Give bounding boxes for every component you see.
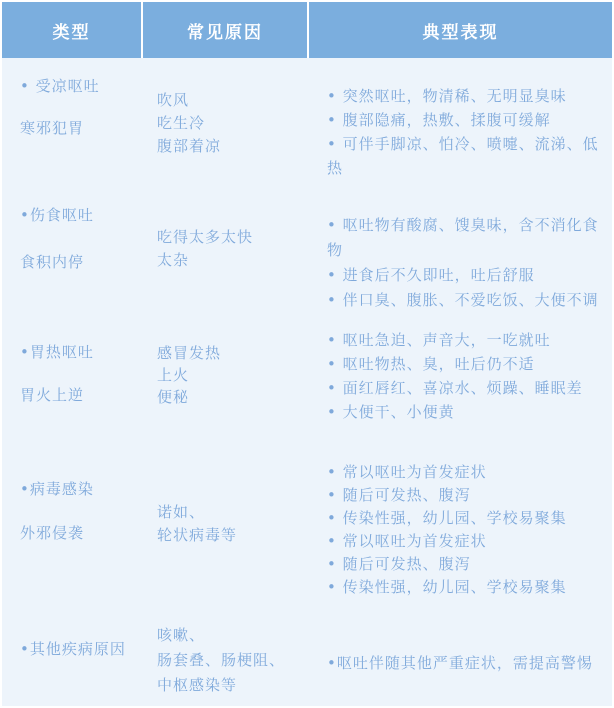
type-line: •其他疾病原因 bbox=[20, 641, 141, 657]
type-line: 外邪侵袭 bbox=[20, 525, 141, 541]
header-cell-type: 类型 bbox=[2, 2, 141, 58]
cause-line: 吃生冷 bbox=[157, 112, 307, 135]
type-cell: •胃热呕吐 胃火上逆 bbox=[2, 310, 141, 440]
cause-cell: 吃得太多太快 太杂 bbox=[141, 180, 307, 310]
type-line: •胃热呕吐 bbox=[20, 344, 141, 360]
symptom-cell: •呕吐伴随其他严重症状，需提高警惕 bbox=[307, 600, 612, 706]
symptom-line: • 传染性强，幼儿园、学校易聚集 bbox=[327, 576, 612, 599]
cause-line: 肠套叠、肠梗阻、 bbox=[157, 648, 307, 673]
type-line: 寒邪犯胃 bbox=[20, 120, 141, 136]
cause-line: 咳嗽、 bbox=[157, 623, 307, 648]
cause-line: 便秘 bbox=[157, 386, 307, 408]
symptom-cell: • 突然呕吐，物清稀、无明显臭味 • 腹部隐痛，热敷、揉腹可缓解 • 可伴手脚凉… bbox=[307, 58, 612, 180]
cause-line: 腹部着凉 bbox=[157, 135, 307, 158]
type-line: •伤食呕吐 bbox=[20, 207, 141, 223]
cause-line: 诺如、 bbox=[157, 501, 307, 524]
symptom-line: • 可伴手脚凉、怕冷、喷嚏、流涕、低热 bbox=[327, 132, 612, 180]
table-header-row: 类型 常见原因 典型表现 bbox=[2, 2, 612, 58]
cause-cell: 诺如、 轮状病毒等 bbox=[141, 440, 307, 600]
type-line: 食积内停 bbox=[20, 254, 141, 270]
symptom-line: • 突然呕吐，物清稀、无明显臭味 bbox=[327, 84, 612, 108]
cause-line: 中枢感染等 bbox=[157, 673, 307, 698]
cause-cell: 吹风 吃生冷 腹部着凉 bbox=[141, 58, 307, 180]
type-cell: •其他疾病原因 bbox=[2, 600, 141, 706]
cause-cell: 咳嗽、 肠套叠、肠梗阻、 中枢感染等 bbox=[141, 600, 307, 706]
cause-line: 感冒发热 bbox=[157, 342, 307, 364]
symptom-line: • 大便干、小便黄 bbox=[327, 400, 612, 424]
type-line: • 受凉呕吐 bbox=[20, 78, 141, 94]
cause-line: 上火 bbox=[157, 364, 307, 386]
symptom-line: • 随后可发热、腹泻 bbox=[327, 484, 612, 507]
table-body: • 受凉呕吐 寒邪犯胃 吹风 吃生冷 腹部着凉 • 突然呕吐，物清稀、无明显臭味… bbox=[2, 58, 612, 706]
symptom-line: • 呕吐物有酸腐、馊臭味，含不消化食物 bbox=[327, 213, 612, 263]
type-line: •病毒感染 bbox=[20, 481, 141, 497]
symptom-line: • 常以呕吐为首发症状 bbox=[327, 461, 612, 484]
cause-line: 吃得太多太快 bbox=[157, 226, 307, 249]
header-cell-symptom: 典型表现 bbox=[309, 2, 612, 58]
type-cell: • 受凉呕吐 寒邪犯胃 bbox=[2, 58, 141, 180]
symptom-line: • 呕吐物热、臭，吐后仍不适 bbox=[327, 352, 612, 376]
table-row: •伤食呕吐 食积内停 吃得太多太快 太杂 • 呕吐物有酸腐、馊臭味，含不消化食物… bbox=[2, 180, 612, 310]
symptom-line: • 进食后不久即吐，吐后舒服 bbox=[327, 263, 612, 288]
type-line: 胃火上逆 bbox=[20, 387, 141, 403]
symptom-line: •呕吐伴随其他严重症状，需提高警惕 bbox=[327, 652, 612, 673]
cause-line: 太杂 bbox=[157, 249, 307, 272]
table-row: •其他疾病原因 咳嗽、 肠套叠、肠梗阻、 中枢感染等 •呕吐伴随其他严重症状，需… bbox=[2, 600, 612, 706]
table-row: • 受凉呕吐 寒邪犯胃 吹风 吃生冷 腹部着凉 • 突然呕吐，物清稀、无明显臭味… bbox=[2, 58, 612, 180]
table-row: •胃热呕吐 胃火上逆 感冒发热 上火 便秘 • 呕吐急迫、声音大，一吃就吐 • … bbox=[2, 310, 612, 440]
type-cell: •病毒感染 外邪侵袭 bbox=[2, 440, 141, 600]
symptom-cell: • 常以呕吐为首发症状 • 随后可发热、腹泻 • 传染性强，幼儿园、学校易聚集 … bbox=[307, 440, 612, 600]
type-cell: •伤食呕吐 食积内停 bbox=[2, 180, 141, 310]
symptom-cell: • 呕吐物有酸腐、馊臭味，含不消化食物 • 进食后不久即吐，吐后舒服 • 伴口臭… bbox=[307, 180, 612, 310]
symptom-line: • 面红唇红、喜凉水、烦躁、睡眠差 bbox=[327, 376, 612, 400]
cause-cell: 感冒发热 上火 便秘 bbox=[141, 310, 307, 440]
symptom-line: • 随后可发热、腹泻 bbox=[327, 553, 612, 576]
symptom-line: • 常以呕吐为首发症状 bbox=[327, 530, 612, 553]
vomiting-types-table: 类型 常见原因 典型表现 • 受凉呕吐 寒邪犯胃 吹风 吃生冷 腹部着凉 • 突… bbox=[0, 0, 614, 708]
cause-line: 吹风 bbox=[157, 89, 307, 112]
symptom-line: • 腹部隐痛，热敷、揉腹可缓解 bbox=[327, 108, 612, 132]
symptom-line: • 传染性强，幼儿园、学校易聚集 bbox=[327, 507, 612, 530]
header-cell-cause: 常见原因 bbox=[143, 2, 307, 58]
table-row: •病毒感染 外邪侵袭 诺如、 轮状病毒等 • 常以呕吐为首发症状 • 随后可发热… bbox=[2, 440, 612, 600]
symptom-line: • 呕吐急迫、声音大，一吃就吐 bbox=[327, 328, 612, 352]
symptom-cell: • 呕吐急迫、声音大，一吃就吐 • 呕吐物热、臭，吐后仍不适 • 面红唇红、喜凉… bbox=[307, 310, 612, 440]
cause-line: 轮状病毒等 bbox=[157, 524, 307, 547]
